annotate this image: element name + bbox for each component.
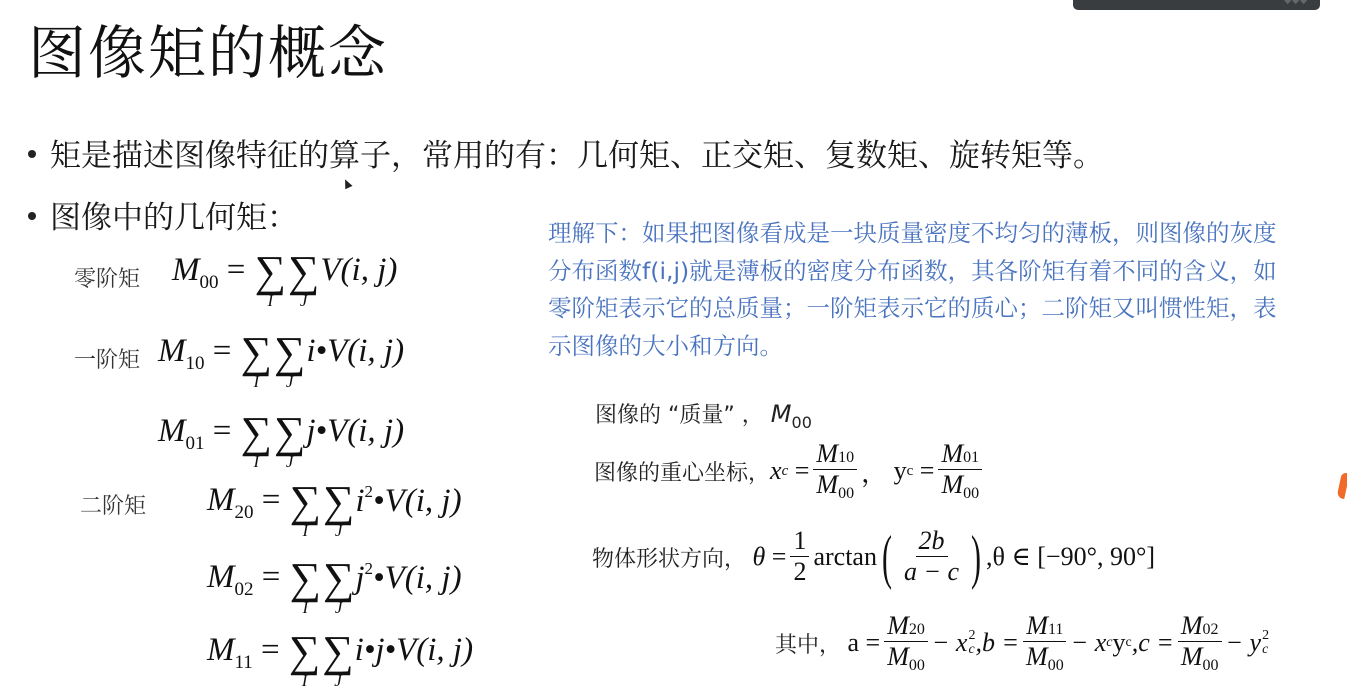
- label-second-order: 二阶矩: [80, 489, 146, 520]
- mass-formula: 图像的 “质量” ， M00: [595, 398, 812, 432]
- bullet-text: 矩是描述图像特征的算子，常用的有：几何矩、正交矩、复数矩、旋转矩等。: [50, 138, 1104, 174]
- explanation-note: 理解下：如果把图像看成是一块质量密度不均匀的薄板，则图像的灰度分布函数f(i,j…: [548, 215, 1293, 365]
- video-player-control-bar[interactable]: ◆◆◆: [1073, 0, 1320, 10]
- label-first-order: 一阶矩: [74, 343, 140, 374]
- orientation-formula: 物体形状方向， θ = 12 arctan ( 2ba − c ) ,θ ∈ […: [592, 527, 1155, 587]
- formula-m02: M02 = ∑I ∑J j2•V(i, j): [207, 559, 462, 616]
- centroid-formula: 图像的重心坐标， xc = M10M00 ， yc = M01M00: [594, 440, 986, 503]
- bullet-moment-definition: 矩是描述图像特征的算子，常用的有：几何矩、正交矩、复数矩、旋转矩等。: [22, 130, 1104, 175]
- label-zero-order: 零阶矩: [74, 262, 140, 293]
- bullet-text: 图像中的几何矩：: [50, 200, 298, 236]
- mouse-cursor-icon: [341, 178, 352, 190]
- bullet-dot-icon: [28, 212, 36, 220]
- formula-m00: M00 = ∑I ∑J V(i, j): [172, 252, 397, 309]
- formula-m11: M11 = ∑I ∑J i•j•V(i, j): [207, 632, 473, 689]
- formula-m10: M10 = ∑I ∑J i•V(i, j): [158, 333, 404, 390]
- slide-title: 图像矩的概念: [28, 6, 388, 90]
- edge-marker-icon: [1336, 473, 1347, 499]
- abc-definitions: 其中， a = M20M00 − x2c ,b = M11M00 − xcyc …: [775, 612, 1269, 675]
- formula-m20: M20 = ∑I ∑J i2•V(i, j): [207, 482, 462, 539]
- bullet-geometric-moments: 图像中的几何矩：: [22, 192, 298, 237]
- bullet-dot-icon: [28, 150, 36, 158]
- controls-icon[interactable]: ◆◆◆: [1284, 0, 1308, 6]
- formula-m01: M01 = ∑I ∑J j•V(i, j): [158, 413, 404, 470]
